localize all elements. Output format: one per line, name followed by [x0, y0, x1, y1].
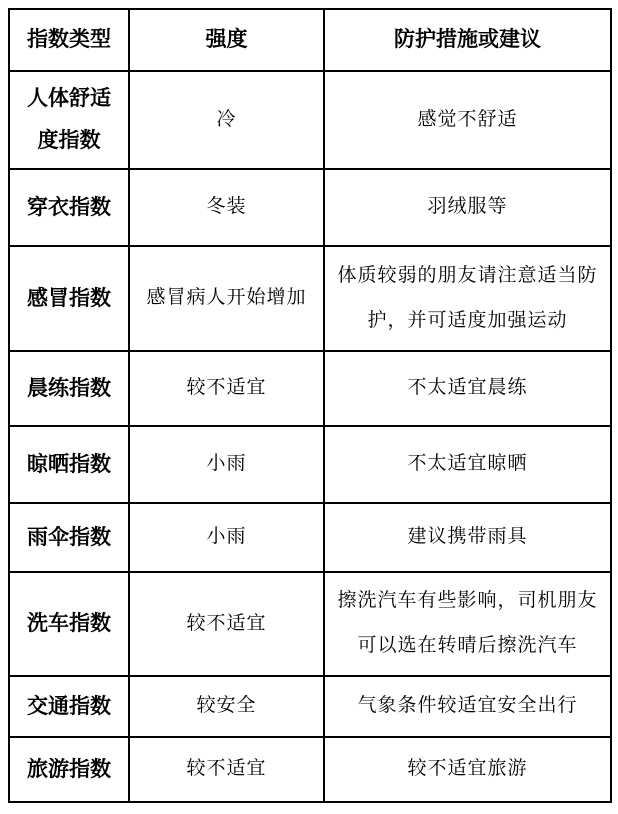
advice-cell: 不太适宜晾晒: [324, 426, 611, 503]
index-type-cell: 穿衣指数: [9, 169, 129, 246]
col-header-advice: 防护措施或建议: [324, 9, 611, 71]
intensity-cell: 较不适宜: [129, 572, 324, 676]
intensity-cell: 冬装: [129, 169, 324, 246]
advice-cell: 气象条件较适宜安全出行: [324, 676, 611, 737]
index-type-cell: 旅游指数: [9, 737, 129, 802]
intensity-cell: 小雨: [129, 426, 324, 503]
table-row: 洗车指数较不适宜擦洗汽车有些影响，司机朋友可以选在转晴后擦洗汽车: [9, 572, 611, 676]
advice-cell: 不太适宜晨练: [324, 351, 611, 426]
intensity-cell: 小雨: [129, 503, 324, 572]
intensity-cell: 较不适宜: [129, 351, 324, 426]
table-row: 感冒指数感冒病人开始增加体质较弱的朋友请注意适当防护，并可适度加强运动: [9, 246, 611, 351]
intensity-cell: 较安全: [129, 676, 324, 737]
index-type-cell: 交通指数: [9, 676, 129, 737]
table-row: 晾晒指数小雨不太适宜晾晒: [9, 426, 611, 503]
intensity-cell: 感冒病人开始增加: [129, 246, 324, 351]
advice-cell: 羽绒服等: [324, 169, 611, 246]
index-type-cell: 人体舒适度指数: [9, 71, 129, 169]
table-row: 雨伞指数小雨建议携带雨具: [9, 503, 611, 572]
advice-cell: 感觉不舒适: [324, 71, 611, 169]
advice-cell: 较不适宜旅游: [324, 737, 611, 802]
weather-index-table: 指数类型 强度 防护措施或建议 人体舒适度指数冷感觉不舒适穿衣指数冬装羽绒服等感…: [8, 8, 612, 803]
index-type-cell: 洗车指数: [9, 572, 129, 676]
table-row: 晨练指数较不适宜不太适宜晨练: [9, 351, 611, 426]
table-row: 旅游指数较不适宜较不适宜旅游: [9, 737, 611, 802]
advice-cell: 擦洗汽车有些影响，司机朋友可以选在转晴后擦洗汽车: [324, 572, 611, 676]
index-type-cell: 晨练指数: [9, 351, 129, 426]
table-body: 人体舒适度指数冷感觉不舒适穿衣指数冬装羽绒服等感冒指数感冒病人开始增加体质较弱的…: [9, 71, 611, 802]
table-row: 交通指数较安全气象条件较适宜安全出行: [9, 676, 611, 737]
table-row: 穿衣指数冬装羽绒服等: [9, 169, 611, 246]
col-header-intensity: 强度: [129, 9, 324, 71]
document-page: 指数类型 强度 防护措施或建议 人体舒适度指数冷感觉不舒适穿衣指数冬装羽绒服等感…: [0, 0, 618, 803]
col-header-index-type: 指数类型: [9, 9, 129, 71]
header-row: 指数类型 强度 防护措施或建议: [9, 9, 611, 71]
advice-cell: 建议携带雨具: [324, 503, 611, 572]
intensity-cell: 较不适宜: [129, 737, 324, 802]
table-row: 人体舒适度指数冷感觉不舒适: [9, 71, 611, 169]
index-type-cell: 雨伞指数: [9, 503, 129, 572]
intensity-cell: 冷: [129, 71, 324, 169]
index-type-cell: 感冒指数: [9, 246, 129, 351]
advice-cell: 体质较弱的朋友请注意适当防护，并可适度加强运动: [324, 246, 611, 351]
index-type-cell: 晾晒指数: [9, 426, 129, 503]
